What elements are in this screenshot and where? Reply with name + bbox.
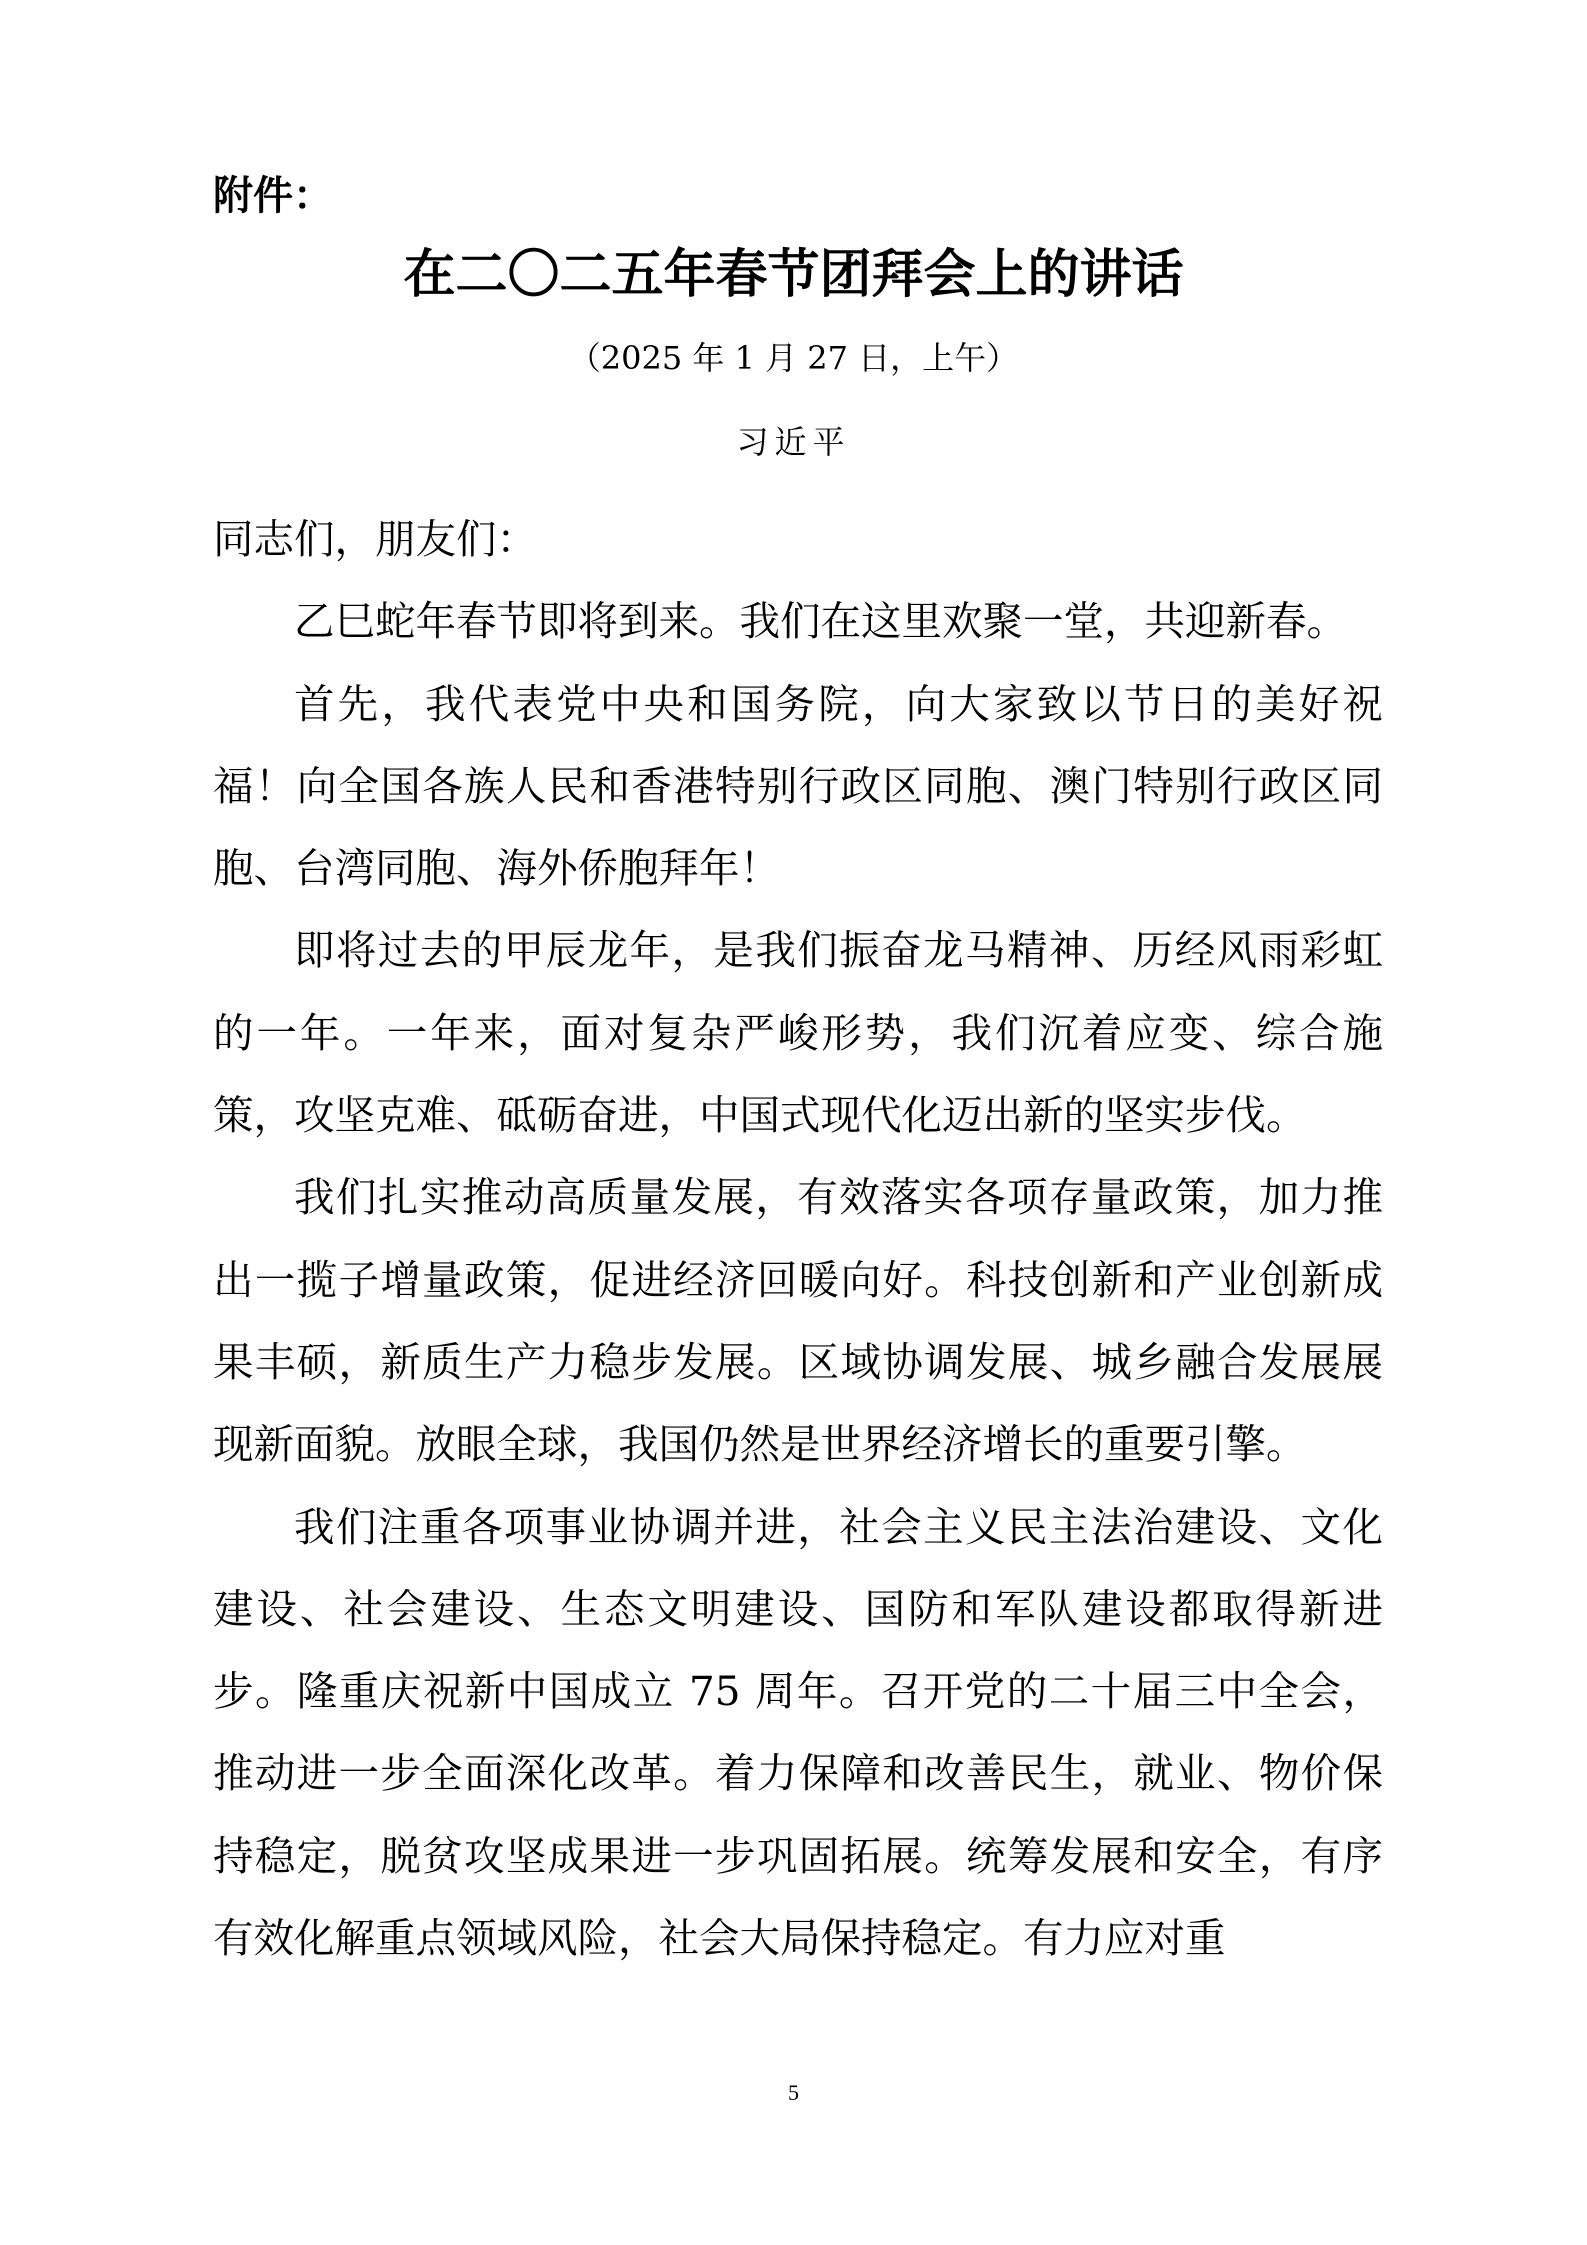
speaker-name: 习近平 [0,420,1587,464]
speech-body: 同志们，朋友们： 乙巳蛇年春节即将到来。我们在这里欢聚一堂，共迎新春。 首先，我… [213,498,1383,1979]
speech-date: （2025 年 1 月 27 日，上午） [0,334,1587,382]
page-number: 5 [0,2080,1587,2106]
paragraph: 首先，我代表党中央和国务院，向大家致以节日的美好祝福！向全国各族人民和香港特别行… [213,663,1383,910]
document-page: 附件： 在二〇二五年春节团拜会上的讲话 （2025 年 1 月 27 日，上午）… [0,0,1587,2245]
paragraph: 我们扎实推动高质量发展，有效落实各项存量政策，加力推出一揽子增量政策，促进经济回… [213,1156,1383,1485]
document-title: 在二〇二五年春节团拜会上的讲话 [0,243,1587,307]
salutation: 同志们，朋友们： [213,498,1383,580]
paragraph: 乙巳蛇年春节即将到来。我们在这里欢聚一堂，共迎新春。 [213,580,1383,662]
paragraph: 我们注重各项事业协调并进，社会主义民主法治建设、文化建设、社会建设、生态文明建设… [213,1486,1383,1980]
paragraph: 即将过去的甲辰龙年，是我们振奋龙马精神、历经风雨彩虹的一年。一年来，面对复杂严峻… [213,909,1383,1156]
attachment-label: 附件： [213,168,333,224]
